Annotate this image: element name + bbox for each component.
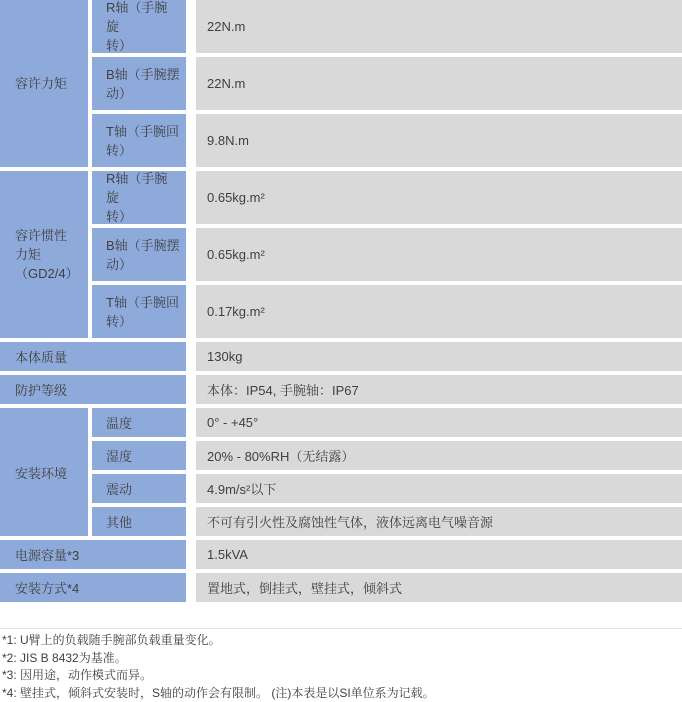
spec-value: 0.65kg.m² — [196, 228, 682, 281]
spec-value: 0.65kg.m² — [196, 171, 682, 224]
footnote-4: *4: 壁挂式，倾斜式安装时，S轴的动作会有限制。 (注)本表是以SI单位系为记… — [2, 685, 682, 702]
table-row: B轴（手腕摆 动） 0.65kg.m² — [92, 228, 682, 281]
sub-header-r-axis: R轴（手腕旋 转） — [92, 171, 186, 224]
sub-header-b-axis: B轴（手腕摆 动） — [92, 228, 186, 281]
spec-value: 20% - 80%RH（无结露） — [196, 441, 682, 470]
spec-value: 0.17kg.m² — [196, 285, 682, 338]
row-header-allowable-inertia: 容许惯性 力矩 （GD2/4） — [0, 171, 88, 338]
section-allowable-torque: 容许力矩 R轴（手腕旋 转） 22N.m B轴（手腕摆 动） 22N.m T轴（… — [0, 0, 682, 167]
allowable-inertia-rows: R轴（手腕旋 转） 0.65kg.m² B轴（手腕摆 动） 0.65kg.m² … — [92, 171, 682, 338]
section-allowable-inertia: 容许惯性 力矩 （GD2/4） R轴（手腕旋 转） 0.65kg.m² B轴（手… — [0, 171, 682, 338]
spec-value: 22N.m — [196, 0, 682, 53]
row-power-capacity: 电源容量*3 1.5kVA — [0, 540, 682, 569]
spec-value: 1.5kVA — [196, 540, 682, 569]
table-row: 震动 4.9m/s²以下 — [92, 474, 682, 503]
sub-header-r-axis: R轴（手腕旋 转） — [92, 0, 186, 53]
table-row: T轴（手腕回 转） 9.8N.m — [92, 114, 682, 167]
sub-header-t-axis: T轴（手腕回 转） — [92, 285, 186, 338]
table-row: T轴（手腕回 转） 0.17kg.m² — [92, 285, 682, 338]
row-protection-rating: 防护等级 本体：IP54, 手腕轴：IP67 — [0, 375, 682, 404]
row-header-body-mass: 本体质量 — [0, 342, 186, 371]
section-install-environment: 安装环境 温度 0° - +45° 湿度 20% - 80%RH（无结露） 震动… — [0, 408, 682, 536]
sub-header-t-axis: T轴（手腕回 转） — [92, 114, 186, 167]
spec-value: 4.9m/s²以下 — [196, 474, 682, 503]
sub-header-temperature: 温度 — [92, 408, 186, 437]
row-header-protection-rating: 防护等级 — [0, 375, 186, 404]
table-row: R轴（手腕旋 转） 0.65kg.m² — [92, 171, 682, 224]
footnotes: *1: U臂上的负载随手腕部负载重量变化。 *2: JIS B 8432为基准。… — [0, 628, 682, 702]
row-header-install-environment: 安装环境 — [0, 408, 88, 536]
spec-sheet-page: 容许力矩 R轴（手腕旋 转） 22N.m B轴（手腕摆 动） 22N.m T轴（… — [0, 0, 682, 702]
table-row: 湿度 20% - 80%RH（无结露） — [92, 441, 682, 470]
row-header-mounting-type: 安装方式*4 — [0, 573, 186, 602]
row-header-allowable-torque: 容许力矩 — [0, 0, 88, 167]
footnote-2: *2: JIS B 8432为基准。 — [2, 650, 682, 668]
sub-header-other: 其他 — [92, 507, 186, 536]
footnote-1: *1: U臂上的负载随手腕部负载重量变化。 — [2, 632, 682, 650]
spec-value: 9.8N.m — [196, 114, 682, 167]
spec-value: 0° - +45° — [196, 408, 682, 437]
spec-table: 容许力矩 R轴（手腕旋 转） 22N.m B轴（手腕摆 动） 22N.m T轴（… — [0, 0, 682, 602]
table-row: 其他 不可有引火性及腐蚀性气体，液体远离电气噪音源 — [92, 507, 682, 536]
spec-value: 130kg — [196, 342, 682, 371]
spec-value: 本体：IP54, 手腕轴：IP67 — [196, 375, 682, 404]
spec-value: 置地式，倒挂式，壁挂式，倾斜式 — [196, 573, 682, 602]
allowable-torque-rows: R轴（手腕旋 转） 22N.m B轴（手腕摆 动） 22N.m T轴（手腕回 转… — [92, 0, 682, 167]
table-row: R轴（手腕旋 转） 22N.m — [92, 0, 682, 53]
sub-header-humidity: 湿度 — [92, 441, 186, 470]
spec-value: 不可有引火性及腐蚀性气体，液体远离电气噪音源 — [196, 507, 682, 536]
sub-header-vibration: 震动 — [92, 474, 186, 503]
install-environment-rows: 温度 0° - +45° 湿度 20% - 80%RH（无结露） 震动 4.9m… — [92, 408, 682, 536]
sub-header-b-axis: B轴（手腕摆 动） — [92, 57, 186, 110]
spec-value: 22N.m — [196, 57, 682, 110]
table-row: B轴（手腕摆 动） 22N.m — [92, 57, 682, 110]
footnote-3: *3: 因用途，动作模式而异。 — [2, 667, 682, 685]
table-row: 温度 0° - +45° — [92, 408, 682, 437]
row-header-power-capacity: 电源容量*3 — [0, 540, 186, 569]
row-mounting-type: 安装方式*4 置地式，倒挂式，壁挂式，倾斜式 — [0, 573, 682, 602]
row-body-mass: 本体质量 130kg — [0, 342, 682, 371]
